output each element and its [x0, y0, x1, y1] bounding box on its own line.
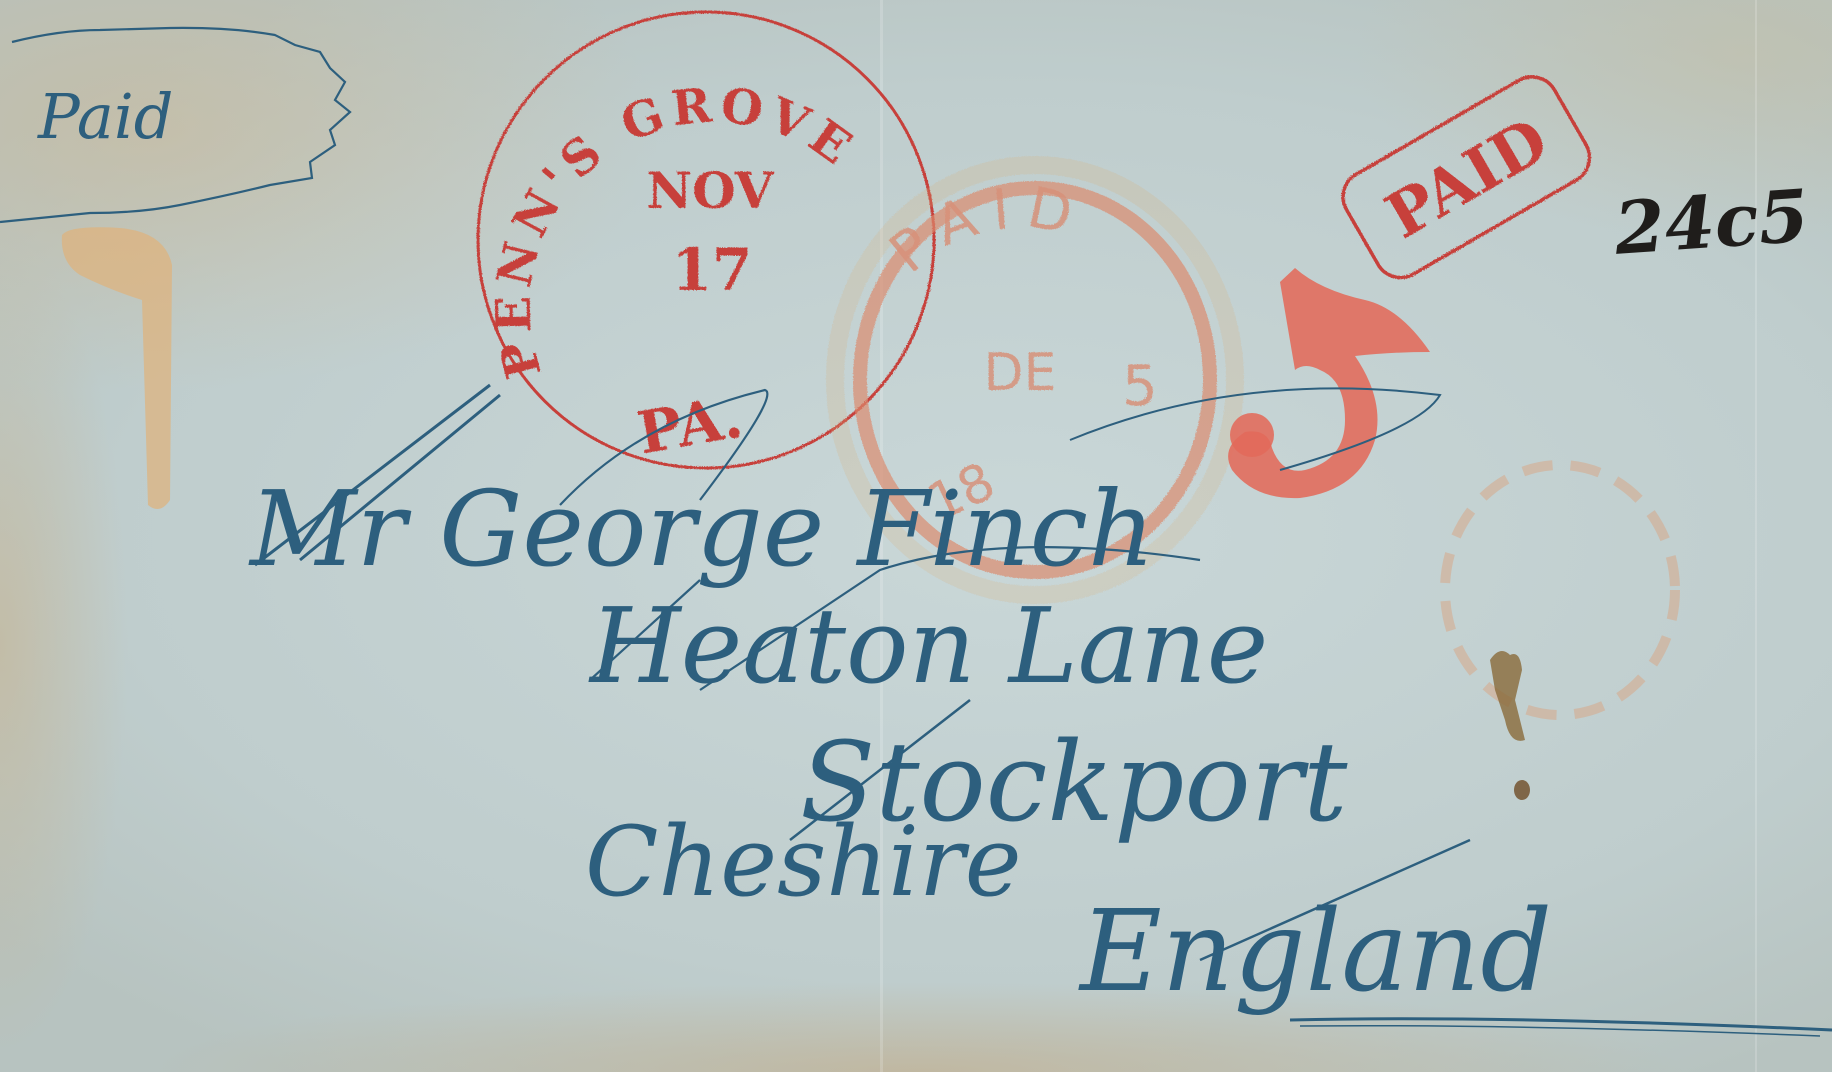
manuscript-rate: 24c5 [1611, 173, 1812, 271]
receiving-month: DE [984, 343, 1057, 403]
manuscript-paid-text: Paid [37, 80, 173, 153]
address-line-country: England [1078, 887, 1552, 1017]
postmark-state: PA. [633, 382, 748, 467]
postal-cover: Paid PENN'S GROVE NOV 17 PA. PAID DE 5 1… [0, 0, 1832, 1072]
svg-text:PENN'S GROVE: PENN'S GROVE [486, 77, 866, 384]
paid-handstamp-text: PAID [1374, 103, 1560, 253]
address-line-county: Cheshire [585, 806, 1022, 918]
ghost-postmark [1445, 465, 1675, 715]
postmark-day: 17 [672, 236, 753, 304]
cover-markings: Paid PENN'S GROVE NOV 17 PA. PAID DE 5 1… [0, 0, 1832, 1072]
address-line-street: Heaton Lane [588, 585, 1268, 707]
receiving-day: 5 [1122, 354, 1158, 419]
paid-handstamp: PAID [1334, 67, 1599, 287]
manuscript-paid-marking: Paid [0, 28, 350, 222]
water-stain [62, 227, 172, 509]
address-line-name: Mr George Finch [248, 468, 1155, 590]
postmark-town: PENN'S GROVE [486, 77, 866, 384]
ink-blot [1490, 651, 1530, 800]
postmark-month: NOV [646, 161, 774, 220]
